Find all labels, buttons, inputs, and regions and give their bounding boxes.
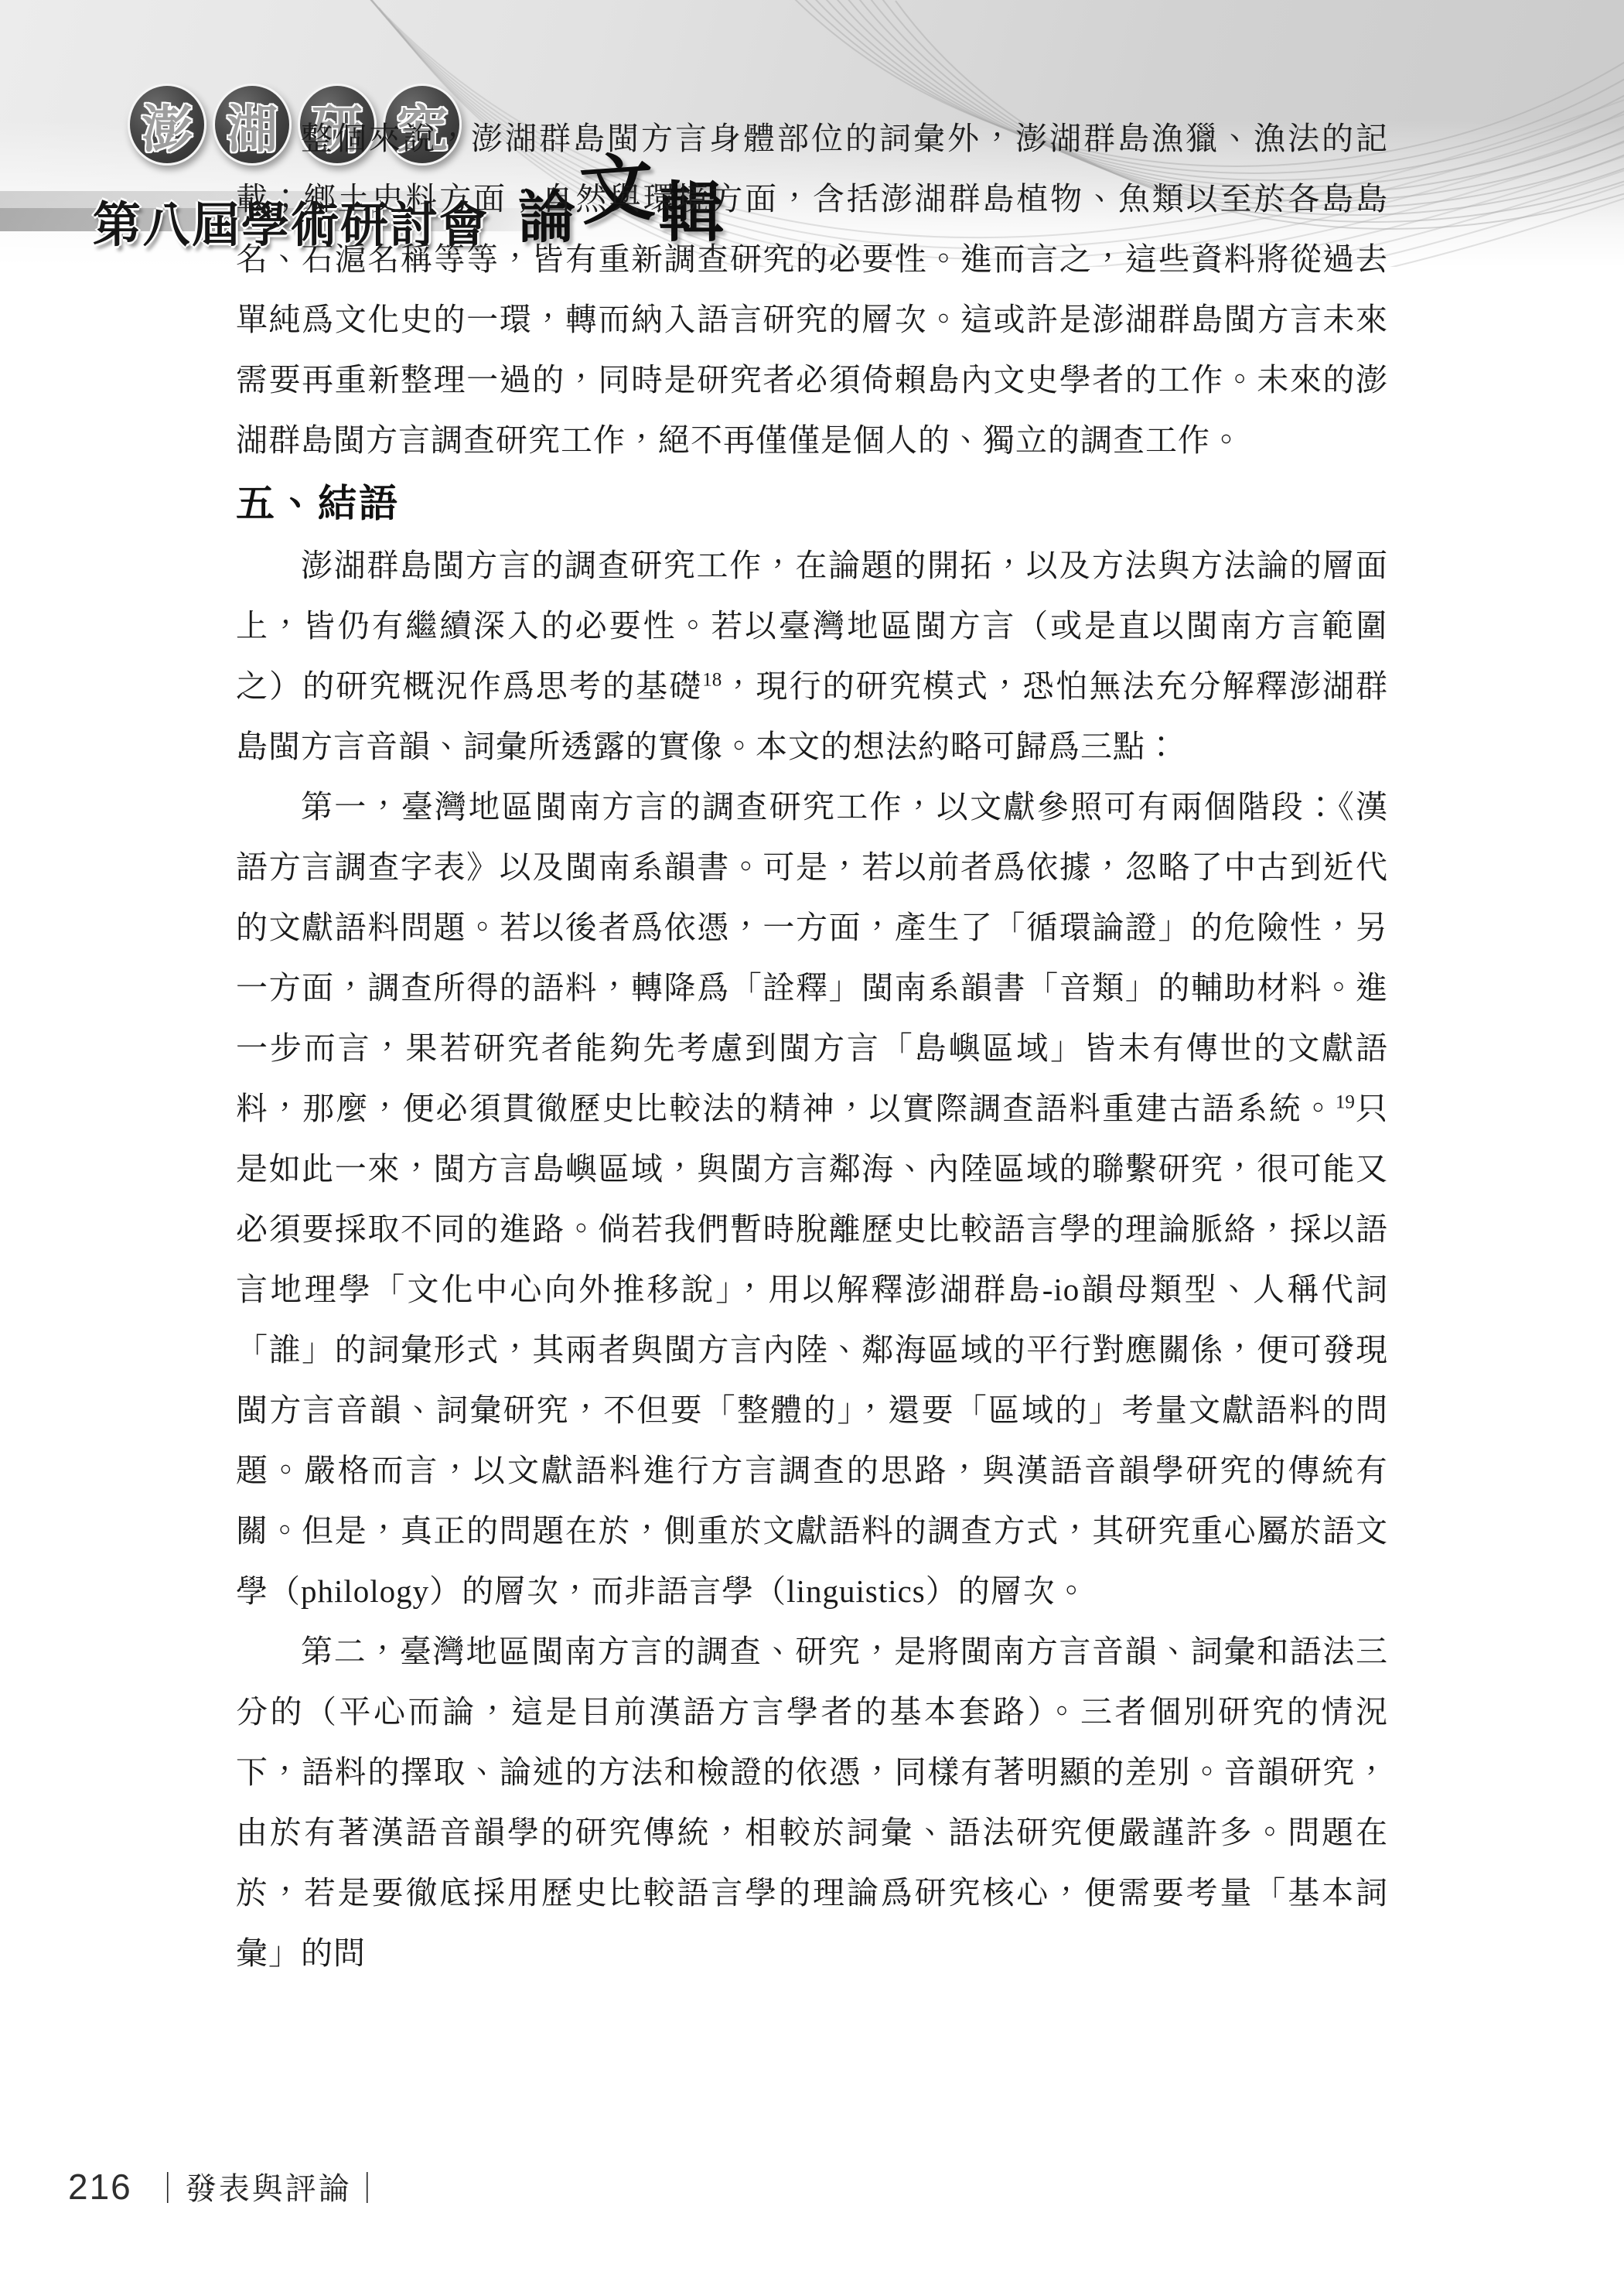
logo-circle-1: 澎	[128, 84, 206, 166]
paragraph-3-text: 第一，臺灣地區閩南方言的調查研究工作，以文獻參照可有兩個階段：《漢語方言調查字表…	[236, 789, 1388, 1126]
page-body: 整個來說，澎湖群島閩方言身體部位的詞彙外，澎湖群島漁獵、漁法的記載；鄉土史料方面…	[236, 0, 1388, 1983]
page-footer: 216 ｜發表與評論｜	[68, 2164, 385, 2208]
paragraph-3-text: 只是如此一來，閩方言島嶼區域，與閩方言鄰海、內陸區域的聯繫研究，很可能又必須要採…	[236, 1091, 1388, 1609]
footer-section-label: ｜發表與評論｜	[152, 2164, 385, 2208]
paragraph-3: 第一，臺灣地區閩南方言的調查研究工作，以文獻參照可有兩個階段：《漢語方言調查字表…	[236, 777, 1388, 1621]
page-number: 216	[68, 2166, 132, 2208]
paragraph-4: 第二，臺灣地區閩南方言的調查、研究，是將閩南方言音韻、詞彙和語法三分的（平心而論…	[236, 1621, 1388, 1983]
paragraph-1: 整個來說，澎湖群島閩方言身體部位的詞彙外，澎湖群島漁獵、漁法的記載；鄉土史料方面…	[236, 108, 1388, 470]
footnote-ref-18: 18	[702, 669, 722, 690]
footnote-ref-19: 19	[1336, 1091, 1355, 1112]
section-heading: 五、結語	[236, 478, 1388, 529]
document-page: 澎 湖 研 究 第八屆學術研討會 論 文 輯 整個來說，澎湖群島閩方言身體部位的…	[0, 0, 1624, 2278]
logo-char: 澎	[142, 88, 193, 162]
paragraph-2: 澎湖群島閩方言的調查研究工作，在論題的開拓，以及方法與方法論的層面上，皆仍有繼續…	[236, 535, 1388, 777]
